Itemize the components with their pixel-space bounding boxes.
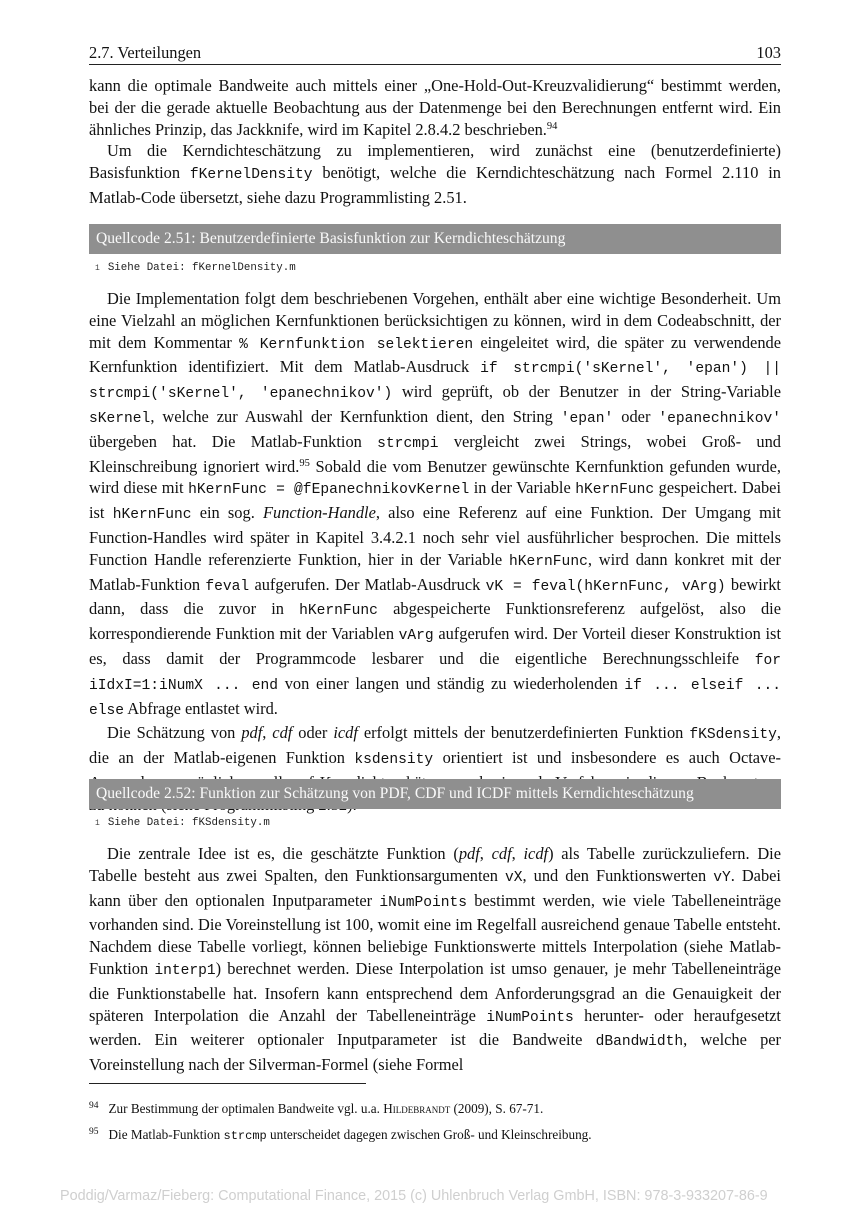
code-text: Siehe Datei: fKSdensity.m: [108, 817, 270, 829]
code-line: 1Siehe Datei: fKSdensity.m: [89, 817, 781, 829]
footnote-95: 95Die Matlab-Funktion strcmp unterscheid…: [89, 1124, 592, 1144]
running-header: 2.7. Verteilungen 103: [89, 42, 781, 65]
footnote-ref-94[interactable]: 94: [547, 121, 558, 132]
paragraph-table-idea: Die zentrale Idee ist es, die geschätzte…: [89, 843, 781, 1076]
code-line: 1Siehe Datei: fKernelDensity.m: [89, 262, 781, 274]
listing-2-52: Quellcode 2.52: Funktion zur Schätzung v…: [89, 779, 781, 829]
listing-caption: Quellcode 2.52: Funktion zur Schätzung v…: [89, 779, 781, 809]
paragraph-bandwidth-crossvalidation: kann die optimale Bandweite auch mittels…: [89, 75, 781, 140]
paragraph-kernel-density-intro: Um die Kerndichteschätzung zu implementi…: [89, 140, 781, 208]
listing-caption: Quellcode 2.51: Benutzerdefinierte Basis…: [89, 224, 781, 254]
copyright-watermark: Poddig/Varmaz/Fieberg: Computational Fin…: [60, 1188, 820, 1204]
intro-paragraphs: kann die optimale Bandweite auch mittels…: [89, 75, 781, 209]
listing-2-51: Quellcode 2.51: Benutzerdefinierte Basis…: [89, 224, 781, 274]
section-title: 2.7. Verteilungen: [89, 43, 201, 63]
line-number: 1: [95, 819, 100, 828]
footnote-ref-95[interactable]: 95: [299, 458, 310, 469]
code-text: Siehe Datei: fKernelDensity.m: [108, 262, 296, 274]
footnote-94: 94Zur Bestimmung der optimalen Bandweite…: [89, 1098, 543, 1117]
line-number: 1: [95, 264, 100, 273]
page-number: 103: [756, 43, 781, 63]
paragraph-implementation: Die Implementation folgt dem beschrieben…: [89, 288, 781, 722]
footnote-divider: [89, 1083, 366, 1084]
table-idea-paragraph-block: Die zentrale Idee ist es, die geschätzte…: [89, 843, 781, 1076]
code-fKernelDensity: fKernelDensity: [190, 167, 313, 183]
implementation-paragraphs: Die Implementation folgt dem beschrieben…: [89, 288, 781, 816]
